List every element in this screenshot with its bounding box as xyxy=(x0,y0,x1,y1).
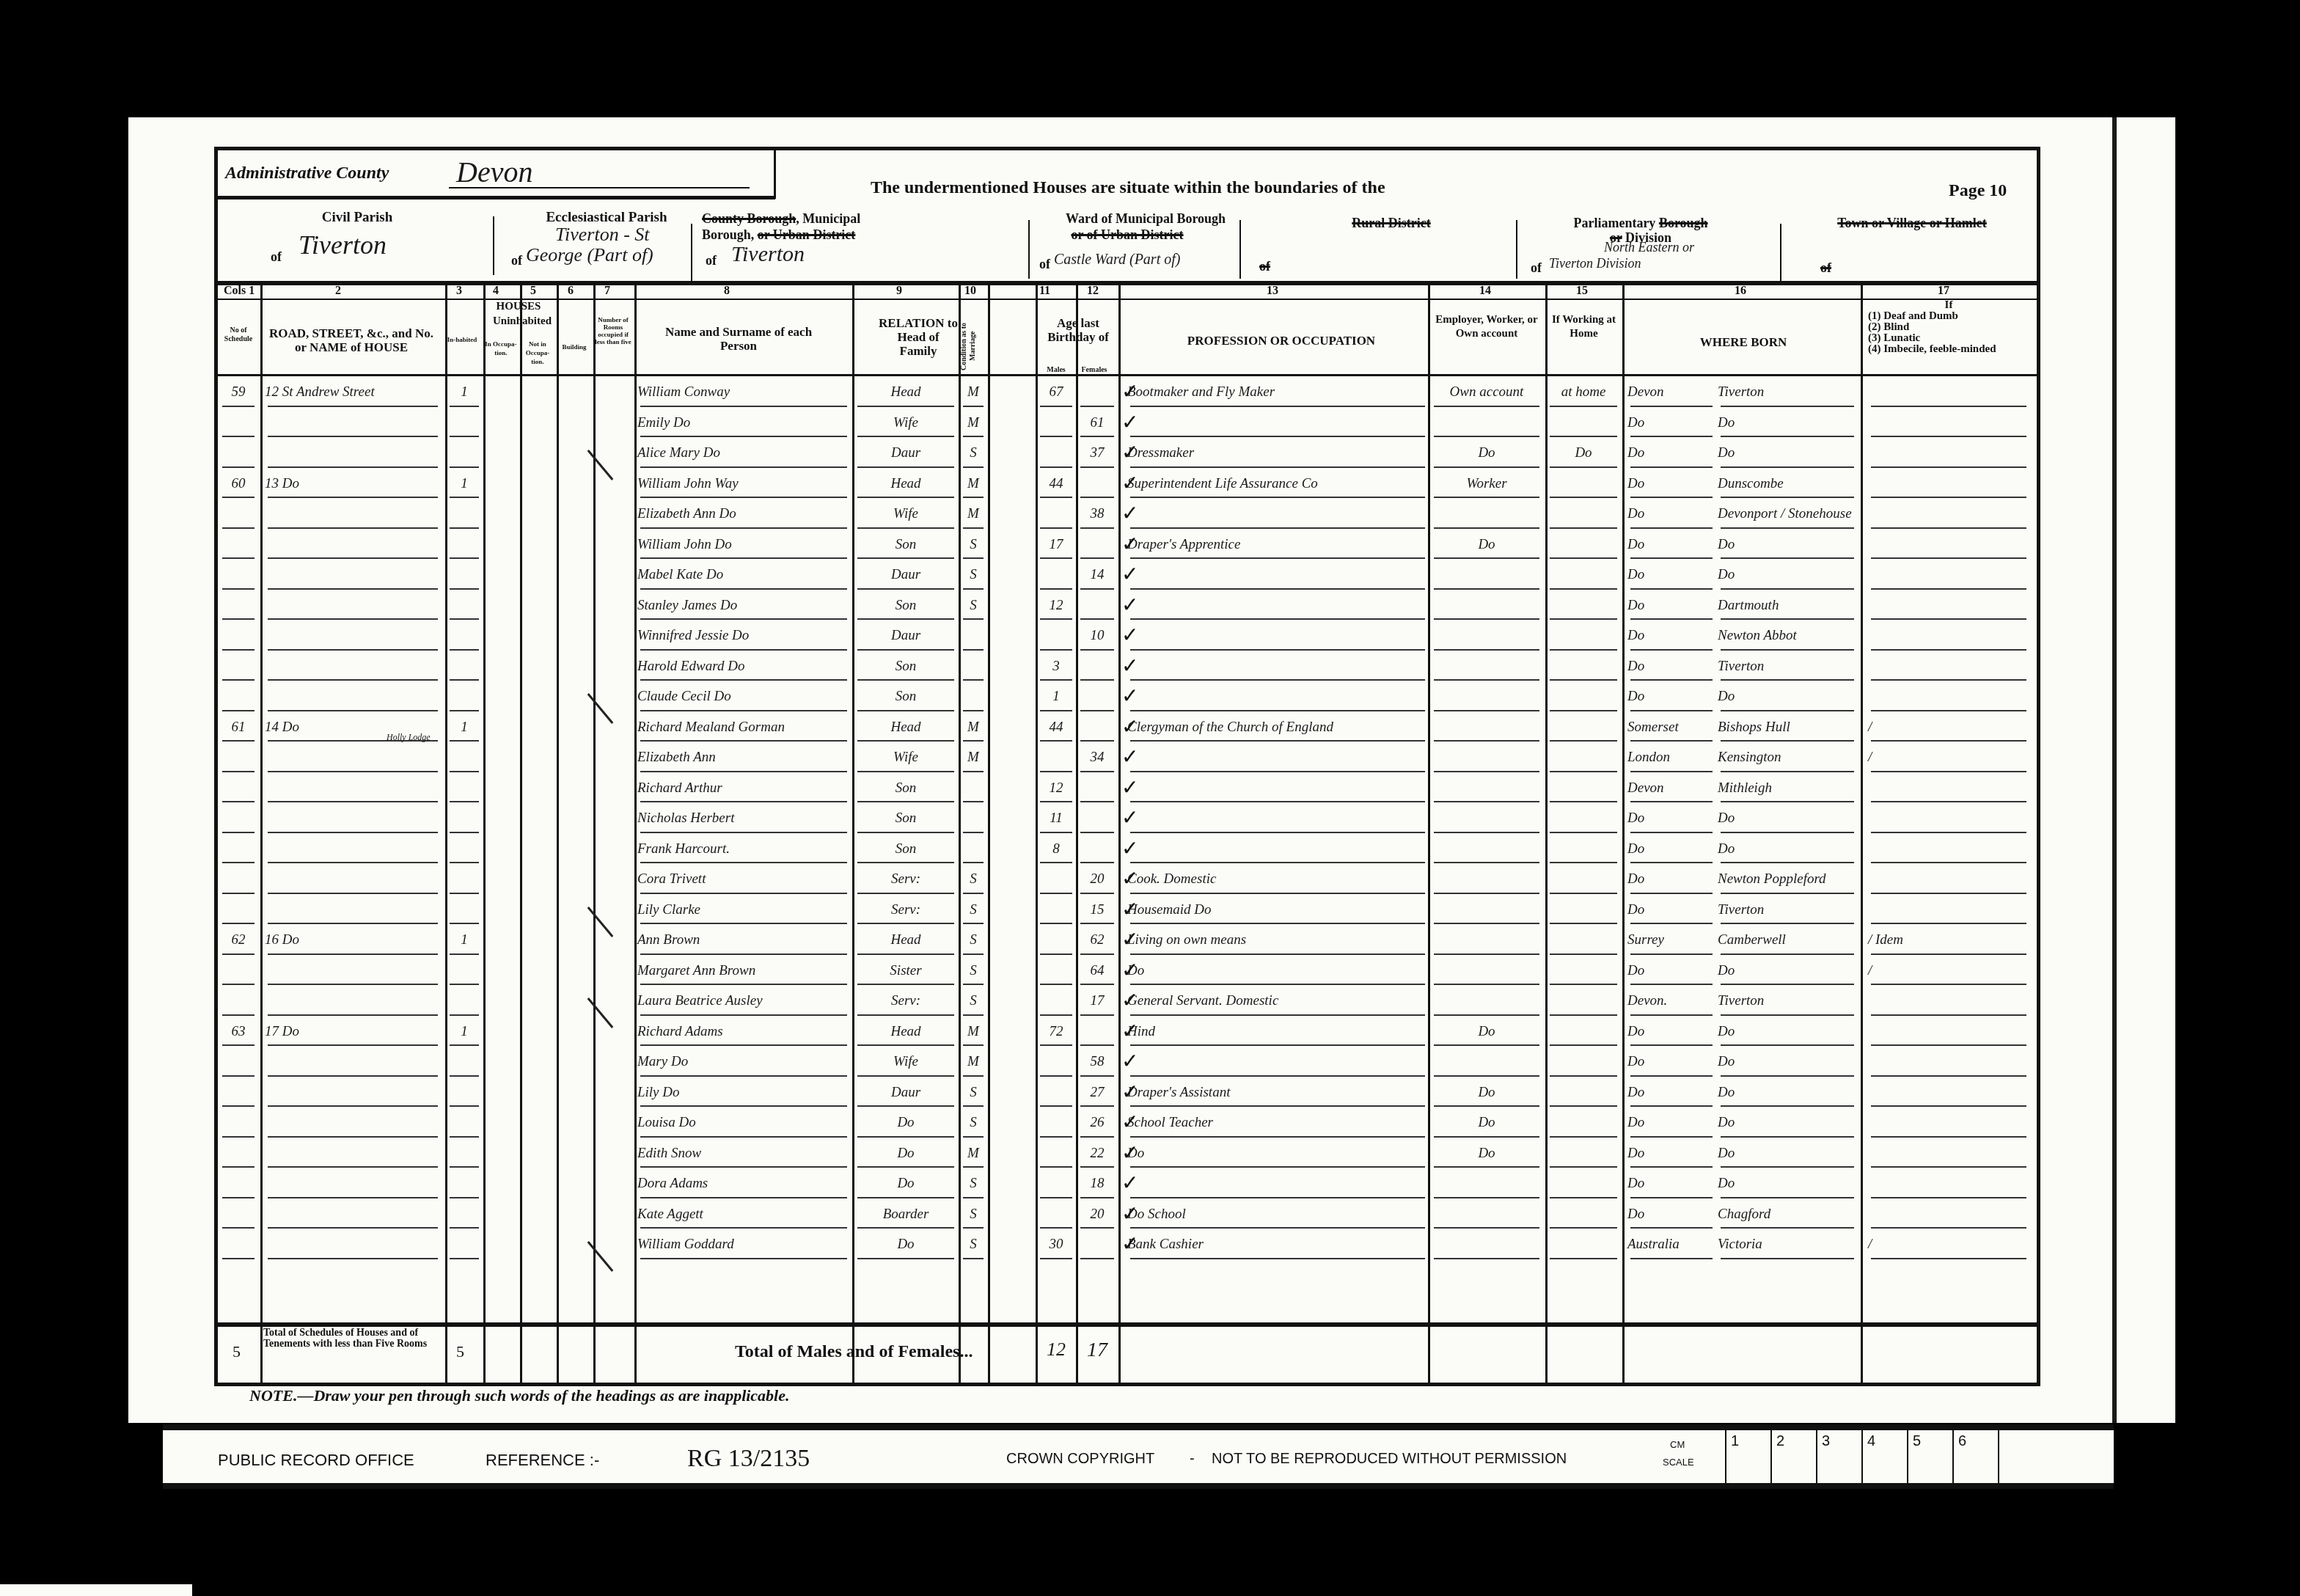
table-row[interactable]: Emily DoWifeM61DoDo✓ xyxy=(218,409,2037,439)
row-rule xyxy=(640,1166,847,1168)
row-rule xyxy=(1080,1166,1114,1168)
column-number: 7 xyxy=(604,285,610,298)
cell-schedule xyxy=(219,775,257,802)
row-rule xyxy=(640,1227,847,1229)
row-rule xyxy=(222,527,254,529)
cell-condition xyxy=(960,775,986,802)
cell-female-age xyxy=(1077,805,1117,832)
row-rule xyxy=(268,801,438,802)
cell-home xyxy=(1547,1110,1620,1136)
cell-female-age: 18 xyxy=(1077,1171,1117,1197)
row-rule xyxy=(857,497,954,498)
row-rule xyxy=(1040,527,1072,529)
tick-mark-icon: ✓ xyxy=(1121,1083,1138,1103)
row-rule xyxy=(1871,1166,2026,1168)
cell-relation: Do xyxy=(854,1171,957,1197)
col-inhabited-heading: In-habited xyxy=(444,335,480,344)
cell-male-age: 30 xyxy=(1037,1231,1075,1258)
cell-male-age: 12 xyxy=(1037,593,1075,619)
row-rule xyxy=(963,466,984,468)
table-row[interactable]: Cora TrivettServ:S20Cook. DomesticDoNewt… xyxy=(218,865,2037,896)
row-rule xyxy=(450,466,479,468)
cell-born-county: Surrey xyxy=(1627,927,1715,953)
footer-office: PUBLIC RECORD OFFICE xyxy=(218,1451,414,1470)
cell-occupation: Draper's Apprentice xyxy=(1127,532,1428,558)
table-row[interactable]: Richard ArthurSon12DevonMithleigh✓ xyxy=(218,774,2037,805)
row-rule xyxy=(1550,436,1617,437)
cell-born-county: Do xyxy=(1627,1171,1715,1197)
cell-name: Emily Do xyxy=(637,410,850,436)
total-schedules-count: 5 xyxy=(232,1342,241,1361)
row-rule xyxy=(1040,1227,1072,1229)
row-rule xyxy=(857,1105,954,1107)
cell-name: William John Way xyxy=(637,471,850,497)
row-rule xyxy=(963,557,984,559)
cell-name: Elizabeth Ann xyxy=(637,744,850,771)
cell-female-age xyxy=(1077,1231,1117,1258)
row-rule xyxy=(1040,862,1072,863)
cell-occupation xyxy=(1127,805,1428,832)
cell-relation: Serv: xyxy=(854,988,957,1014)
cell-name: Ann Brown xyxy=(637,927,850,953)
table-row[interactable]: Alice Mary DoDaurS37DressmakerDoDoDoDo✓ xyxy=(218,439,2037,469)
row-rule xyxy=(1080,923,1114,924)
row-rule xyxy=(1871,497,2026,498)
cell-condition: S xyxy=(960,562,986,588)
row-rule xyxy=(1130,984,1425,985)
row-rule xyxy=(963,588,984,590)
tick-mark-icon: ✓ xyxy=(1121,808,1138,829)
row-rule xyxy=(268,832,438,833)
cell-employer xyxy=(1431,927,1542,953)
cell-male-age xyxy=(1037,988,1075,1014)
table-row[interactable]: Louisa DoDoS26School TeacherDoDoDo✓ xyxy=(218,1108,2037,1139)
cell-inhabited xyxy=(447,1141,482,1167)
table-row[interactable]: Winnifred Jessie DoDaur10DoNewton Abbot✓ xyxy=(218,621,2037,652)
row-rule xyxy=(640,1197,847,1198)
row-rule xyxy=(963,771,984,772)
cell-female-age xyxy=(1077,714,1117,741)
table-row[interactable]: 6013 Do1William John WayHeadM44Superinte… xyxy=(218,469,2037,500)
cell-employer xyxy=(1431,988,1542,1014)
cell-born-county: Do xyxy=(1627,593,1715,619)
divider xyxy=(691,224,692,282)
tick-mark-icon: ✓ xyxy=(1121,747,1138,768)
row-rule xyxy=(1040,740,1072,742)
scale-mark: 6 xyxy=(1952,1430,1998,1483)
cell-born-place: Bishops Hull xyxy=(1718,714,1857,741)
cell-occupation xyxy=(1127,775,1428,802)
row-rule xyxy=(640,618,847,620)
row-rule xyxy=(1630,832,1713,833)
table-row[interactable]: 6317 Do1Richard AdamsHeadM72HindDoDoDo✓ xyxy=(218,1017,2037,1048)
row-rule xyxy=(640,406,847,407)
col-occupation-heading: PROFESSION OR OCCUPATION xyxy=(1127,334,1435,348)
row-rule xyxy=(1630,1136,1713,1138)
cell-born-place: Newton Poppleford xyxy=(1718,866,1857,893)
cell-home xyxy=(1547,775,1620,802)
row-rule xyxy=(640,953,847,955)
cell-condition: S xyxy=(960,866,986,893)
row-rule xyxy=(1080,1197,1114,1198)
divider xyxy=(493,216,494,275)
table-row[interactable]: Lily ClarkeServ:S15Housemaid DoDoTiverto… xyxy=(218,896,2037,926)
cell-name: William Conway xyxy=(637,379,850,406)
table-row[interactable]: Kate AggettBoarderS20Do SchoolDoChagford… xyxy=(218,1200,2037,1231)
row-rule xyxy=(1721,710,1854,711)
table-row[interactable]: Elizabeth AnnWifeM34LondonKensington/✓ xyxy=(218,743,2037,774)
row-rule xyxy=(268,1197,438,1198)
row-rule xyxy=(640,527,847,529)
row-rule xyxy=(1040,1044,1072,1046)
row-rule xyxy=(857,1197,954,1198)
cell-name: Harold Edward Do xyxy=(637,654,850,680)
row-rule xyxy=(450,984,479,985)
row-rule xyxy=(857,1044,954,1046)
row-rule xyxy=(1040,497,1072,498)
cell-born-county: Do xyxy=(1627,654,1715,680)
cell-male-age xyxy=(1037,927,1075,953)
cell-female-age: 62 xyxy=(1077,927,1117,953)
cell-home xyxy=(1547,1049,1620,1075)
cell-inhabited: 1 xyxy=(447,379,482,406)
row-rule xyxy=(857,893,954,894)
cell-employer xyxy=(1431,654,1542,680)
cell-born-place: Do xyxy=(1718,684,1857,710)
form-note: NOTE.—Draw your pen through such words o… xyxy=(249,1386,790,1405)
row-rule xyxy=(450,710,479,711)
row-rule xyxy=(1080,497,1114,498)
cell-male-age xyxy=(1037,866,1075,893)
table-row[interactable]: 6216 Do1Ann BrownHeadS62Living on own me… xyxy=(218,926,2037,956)
row-rule xyxy=(1721,588,1854,590)
cell-name: Alice Mary Do xyxy=(637,440,850,466)
cell-name: Lily Clarke xyxy=(637,897,850,923)
row-rule xyxy=(1721,771,1854,772)
row-rule xyxy=(1871,953,2026,955)
cell-female-age xyxy=(1077,684,1117,710)
cell-born-place: Mithleigh xyxy=(1718,775,1857,802)
cell-inhabited xyxy=(447,775,482,802)
row-rule xyxy=(222,801,254,802)
cell-road xyxy=(265,1201,441,1228)
row-rule xyxy=(1080,801,1114,802)
cell-home xyxy=(1547,654,1620,680)
cell-condition: S xyxy=(960,1201,986,1228)
cell-condition xyxy=(960,805,986,832)
parliamentary-of: of xyxy=(1531,260,1542,276)
row-rule xyxy=(1871,1044,2026,1046)
row-rule xyxy=(1630,497,1713,498)
cell-employer: Do xyxy=(1431,532,1542,558)
table-row[interactable]: Dora AdamsDoS18DoDo✓ xyxy=(218,1169,2037,1200)
cell-born-county: Do xyxy=(1627,897,1715,923)
cell-road xyxy=(265,684,441,710)
row-rule xyxy=(1630,984,1713,985)
cell-occupation: Housemaid Do xyxy=(1127,897,1428,923)
row-rule xyxy=(222,893,254,894)
row-rule xyxy=(1630,649,1713,651)
cell-born-place: Do xyxy=(1718,1110,1857,1136)
cell-relation: Head xyxy=(854,714,957,741)
row-rule xyxy=(1130,1227,1425,1229)
cell-condition xyxy=(960,654,986,680)
table-row[interactable]: Lily DoDaurS27Draper's AssistantDoDoDo✓ xyxy=(218,1078,2037,1109)
row-rule xyxy=(1130,1075,1425,1077)
table-row[interactable]: Elizabeth Ann DoWifeM38DoDevonport / Sto… xyxy=(218,499,2037,530)
table-row[interactable]: 6114 Do1Richard Mealand GormanHeadM44Cle… xyxy=(218,713,2037,744)
total-houses-count: 5 xyxy=(456,1342,464,1361)
row-rule xyxy=(1434,1044,1539,1046)
row-rule xyxy=(1130,466,1425,468)
row-rule xyxy=(963,1044,984,1046)
cell-schedule: 61 xyxy=(219,714,257,741)
cell-schedule xyxy=(219,501,257,527)
cell-relation: Daur xyxy=(854,440,957,466)
cell-road xyxy=(265,1080,441,1106)
scale-label-cm: CM xyxy=(1670,1439,1685,1450)
row-rule xyxy=(268,1258,438,1259)
table-row[interactable]: Margaret Ann BrownSisterS64DoDoDo/✓ xyxy=(218,956,2037,987)
table-row[interactable]: Mabel Kate DoDaurS14DoDo✓ xyxy=(218,560,2037,591)
cell-infirmity xyxy=(1868,654,2029,680)
col-in-occupation-heading: In Occupa-tion. xyxy=(483,340,519,357)
cell-occupation: School Teacher xyxy=(1127,1110,1428,1136)
cell-inhabited: 1 xyxy=(447,714,482,741)
column-number: 4 xyxy=(493,285,499,298)
row-rule xyxy=(640,710,847,711)
cell-home xyxy=(1547,805,1620,832)
cell-home xyxy=(1547,958,1620,984)
cell-male-age xyxy=(1037,1171,1075,1197)
total-males-females-label: Total of Males and of Females... xyxy=(735,1342,973,1362)
row-rule xyxy=(268,1166,438,1168)
cell-name: Frank Harcourt. xyxy=(637,836,850,863)
cell-inhabited xyxy=(447,623,482,649)
row-rule xyxy=(1080,1258,1114,1259)
row-rule xyxy=(1434,527,1539,529)
row-rule xyxy=(1434,436,1539,437)
cell-schedule xyxy=(219,1141,257,1167)
page-number: Page 10 xyxy=(1949,181,2007,201)
cell-relation: Daur xyxy=(854,562,957,588)
ward-value: Castle Ward (Part of) xyxy=(1054,252,1180,268)
row-rule xyxy=(450,832,479,833)
tick-mark-icon: ✓ xyxy=(1121,656,1138,677)
row-rule xyxy=(1434,557,1539,559)
cell-occupation xyxy=(1127,744,1428,771)
row-rule xyxy=(450,893,479,894)
cell-infirmity xyxy=(1868,440,2029,466)
row-rule xyxy=(222,497,254,498)
totals-rule xyxy=(218,1322,2037,1327)
row-rule xyxy=(450,740,479,742)
parliamentary-line1: North Eastern or xyxy=(1604,240,1694,255)
row-rule xyxy=(640,557,847,559)
row-rule xyxy=(1630,1014,1713,1016)
cell-female-age: 58 xyxy=(1077,1049,1117,1075)
row-rule xyxy=(1630,862,1713,863)
cell-condition: M xyxy=(960,471,986,497)
cell-employer xyxy=(1431,805,1542,832)
cell-male-age: 17 xyxy=(1037,532,1075,558)
cell-relation: Do xyxy=(854,1141,957,1167)
table-row[interactable]: Nicholas HerbertSon11DoDo✓ xyxy=(218,804,2037,835)
header-rule xyxy=(218,281,2037,285)
row-rule xyxy=(1434,679,1539,681)
cell-condition: S xyxy=(960,958,986,984)
cell-occupation: Hind xyxy=(1127,1019,1428,1045)
cell-employer xyxy=(1431,836,1542,863)
cell-employer: Do xyxy=(1431,1141,1542,1167)
cell-employer xyxy=(1431,714,1542,741)
row-rule xyxy=(1630,618,1713,620)
cell-employer: Do xyxy=(1431,1110,1542,1136)
cell-born-county: Australia xyxy=(1627,1231,1715,1258)
row-rule xyxy=(1630,406,1713,407)
row-rule xyxy=(1550,406,1617,407)
row-rule xyxy=(1871,740,2026,742)
row-rule xyxy=(1040,710,1072,711)
cell-home: Do xyxy=(1547,440,1620,466)
cell-inhabited xyxy=(447,532,482,558)
row-rule xyxy=(222,1075,254,1077)
row-rule xyxy=(963,618,984,620)
table-row[interactable]: Frank Harcourt.Son8DoDo✓ xyxy=(218,835,2037,865)
row-rule xyxy=(450,1136,479,1138)
cell-condition: M xyxy=(960,379,986,406)
cell-born-place: Camberwell xyxy=(1718,927,1857,953)
table-row[interactable]: William GoddardDoS30Bank CashierAustrali… xyxy=(218,1230,2037,1261)
row-rule xyxy=(1721,527,1854,529)
row-rule xyxy=(1080,893,1114,894)
col-infirmity-heading: If (1) Deaf and Dumb (2) Blind (3) Lunat… xyxy=(1868,300,2029,355)
table-row[interactable]: Laura Beatrice AusleyServ:S17General Ser… xyxy=(218,986,2037,1017)
tick-mark-icon: ✓ xyxy=(1121,1113,1138,1133)
table-row[interactable]: Edith SnowDoM22DoDoDoDo✓ xyxy=(218,1139,2037,1170)
row-rule xyxy=(1130,862,1425,863)
cell-employer xyxy=(1431,1201,1542,1228)
cell-road xyxy=(265,1171,441,1197)
cell-born-county: Devon xyxy=(1627,379,1715,406)
row-rule xyxy=(1434,893,1539,894)
cell-infirmity xyxy=(1868,623,2029,649)
row-rule xyxy=(1871,679,2026,681)
cell-male-age xyxy=(1037,623,1075,649)
tick-mark-icon: ✓ xyxy=(1121,961,1138,981)
tick-mark-icon: ✓ xyxy=(1121,900,1138,920)
row-rule xyxy=(1040,832,1072,833)
row-rule xyxy=(222,557,254,559)
cell-born-place: Tiverton xyxy=(1718,654,1857,680)
admin-county-value: Devon xyxy=(456,155,532,189)
cell-home xyxy=(1547,744,1620,771)
row-rule xyxy=(1550,466,1617,468)
cell-relation: Son xyxy=(854,654,957,680)
row-rule xyxy=(1434,497,1539,498)
row-rule xyxy=(1434,1105,1539,1107)
col-uninhabited-heading: Uninhabited xyxy=(486,315,559,329)
infirmity-2: (2) Blind xyxy=(1868,322,2029,333)
cell-home xyxy=(1547,714,1620,741)
tick-mark-icon: ✓ xyxy=(1121,504,1138,524)
tick-mark-icon: ✓ xyxy=(1121,535,1138,555)
divider xyxy=(1028,220,1030,279)
infirmity-4: (4) Imbecile, feeble-minded xyxy=(1868,344,2029,355)
cell-schedule xyxy=(219,744,257,771)
cell-born-county: Do xyxy=(1627,410,1715,436)
row-rule xyxy=(963,893,984,894)
col-not-in-occupation-heading: Not in Occupa-tion. xyxy=(520,340,555,366)
cell-female-age: 34 xyxy=(1077,744,1117,771)
cell-inhabited xyxy=(447,836,482,863)
cell-occupation: Draper's Assistant xyxy=(1127,1080,1428,1106)
cell-road xyxy=(265,866,441,893)
row-rule xyxy=(268,466,438,468)
row-rule xyxy=(222,1197,254,1198)
table-row[interactable]: Mary DoWifeM58DoDo✓ xyxy=(218,1047,2037,1078)
column-number: 2 xyxy=(335,285,341,298)
cell-infirmity xyxy=(1868,836,2029,863)
table-row[interactable]: Harold Edward DoSon3DoTiverton✓ xyxy=(218,652,2037,683)
cell-infirmity xyxy=(1868,1080,2029,1106)
row-rule xyxy=(1130,557,1425,559)
table-row[interactable]: 5912 St Andrew Street1William ConwayHead… xyxy=(218,378,2037,409)
row-rule xyxy=(963,953,984,955)
row-rule xyxy=(222,1014,254,1016)
row-rule xyxy=(1080,406,1114,407)
cell-employer xyxy=(1431,958,1542,984)
cell-schedule xyxy=(219,1080,257,1106)
row-rule xyxy=(268,557,438,559)
row-rule xyxy=(1550,1258,1617,1259)
row-rule xyxy=(857,740,954,742)
cell-male-age xyxy=(1037,958,1075,984)
row-rule xyxy=(1550,497,1617,498)
cell-name: Laura Beatrice Ausley xyxy=(637,988,850,1014)
row-rule xyxy=(857,618,954,620)
row-rule xyxy=(450,1075,479,1077)
table-row[interactable]: Claude Cecil DoSon1DoDo✓ xyxy=(218,682,2037,713)
cell-male-age xyxy=(1037,1080,1075,1106)
row-rule xyxy=(963,1105,984,1107)
civil-parish-label: Civil Parish xyxy=(291,211,423,224)
column-number: 16 xyxy=(1735,285,1746,298)
row-rule xyxy=(1130,1166,1425,1168)
cell-born-place: Tiverton xyxy=(1718,379,1857,406)
table-row[interactable]: William John DoSonS17Draper's Apprentice… xyxy=(218,530,2037,561)
cell-born-county: Do xyxy=(1627,440,1715,466)
row-rule xyxy=(1130,618,1425,620)
row-rule xyxy=(1434,1227,1539,1229)
cell-name: Margaret Ann Brown xyxy=(637,958,850,984)
cell-name: Richard Adams xyxy=(637,1019,850,1045)
row-rule xyxy=(1721,1258,1854,1259)
tick-mark-icon: ✓ xyxy=(1121,1174,1138,1194)
row-rule xyxy=(450,436,479,437)
cell-born-place: Devonport / Stonehouse xyxy=(1718,501,1857,527)
cell-born-county: Do xyxy=(1627,562,1715,588)
row-rule xyxy=(1080,588,1114,590)
tick-mark-icon: ✓ xyxy=(1121,930,1138,951)
table-row[interactable]: Stanley James DoSonS12DoDartmouth✓ xyxy=(218,591,2037,622)
cell-road xyxy=(265,775,441,802)
cell-relation: Head xyxy=(854,1019,957,1045)
cell-condition: S xyxy=(960,1080,986,1106)
cell-road xyxy=(265,1110,441,1136)
row-rule xyxy=(268,1075,438,1077)
cell-born-place: Victoria xyxy=(1718,1231,1857,1258)
